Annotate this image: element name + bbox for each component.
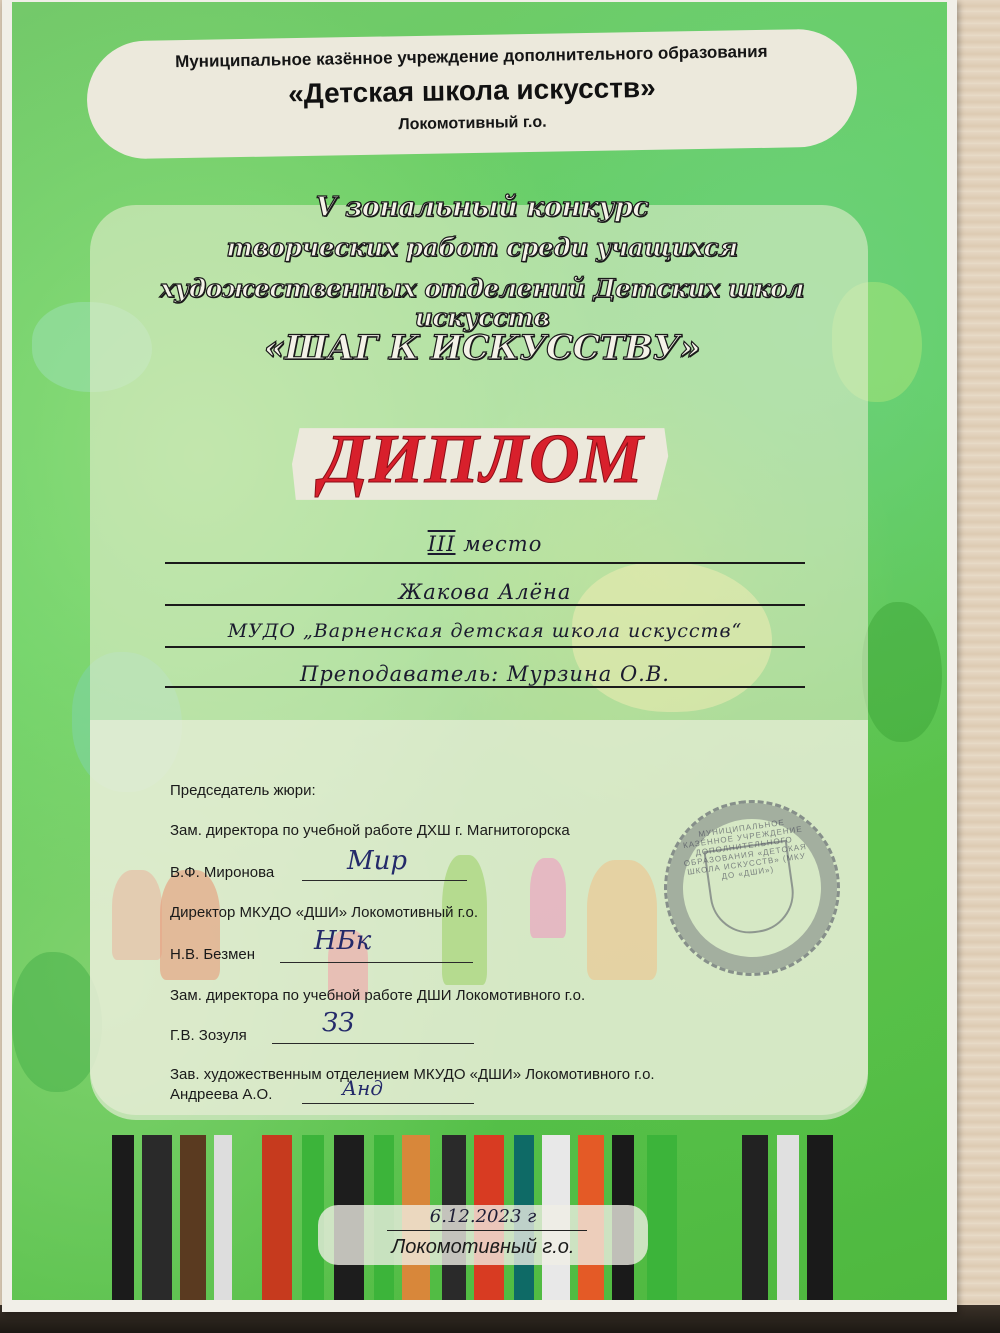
- fill-line: [165, 686, 805, 688]
- place-roman: III: [428, 532, 456, 556]
- brush: [262, 1135, 292, 1300]
- contest-line-3: художественных отделений Детских школ ис…: [92, 274, 872, 332]
- contest-name: «ШАГ К ИСКУССТВУ»: [92, 328, 872, 368]
- paint-blob: [862, 602, 942, 742]
- date-line: [387, 1230, 587, 1231]
- contest-line-1: V зональный конкурс: [92, 192, 872, 223]
- recipient-name: Жакова Алёна: [165, 580, 805, 604]
- signatory-3-name: Г.В. Зозуля: [170, 1027, 247, 1044]
- signature-1: Мир: [347, 846, 407, 876]
- institution-header: Муниципальное казённое учреждение дополн…: [86, 28, 858, 159]
- signatory-4-name: Андреева А.О.: [170, 1086, 272, 1103]
- brush: [647, 1135, 677, 1300]
- brush-head: [587, 860, 657, 980]
- signature-line: [302, 880, 467, 881]
- signatory-1-position: Зам. директора по учебной работе ДХШ г. …: [170, 822, 570, 839]
- brush-head: [530, 858, 566, 938]
- locality: Локомотивный г.о.: [87, 108, 857, 139]
- issue-place: Локомотивный г.о.: [318, 1236, 648, 1259]
- diploma-title: ДИПЛОМ: [282, 420, 682, 500]
- brush: [142, 1135, 172, 1300]
- fill-line: [165, 562, 805, 564]
- signatory-4-position: Зав. художественным отделением МКУДО «ДШ…: [170, 1066, 655, 1083]
- brush: [112, 1135, 134, 1300]
- paint-blob: [12, 952, 102, 1092]
- signatory-3-position: Зам. директора по учебной работе ДШИ Лок…: [170, 987, 585, 1004]
- signature-3: ЗЗ: [322, 1008, 354, 1038]
- teacher-name: Преподаватель: Мурзина О.В.: [165, 662, 805, 686]
- contest-line-2: творческих работ среди учащихся: [92, 233, 872, 262]
- signature-4: Анд: [342, 1076, 383, 1100]
- diploma-sheet: Муниципальное казённое учреждение дополн…: [2, 0, 957, 1312]
- brush: [214, 1135, 232, 1300]
- coat-of-arms-icon: [703, 840, 798, 939]
- table-surface: [955, 0, 1000, 1333]
- brush: [807, 1135, 833, 1300]
- place-word: место: [463, 532, 542, 556]
- brush: [742, 1135, 768, 1300]
- signature-2: НБк: [314, 926, 371, 956]
- brush-head: [112, 870, 162, 960]
- brush: [777, 1135, 799, 1300]
- brush: [180, 1135, 206, 1300]
- institution-type: Муниципальное казённое учреждение дополн…: [86, 40, 856, 73]
- signature-line: [302, 1103, 474, 1104]
- signatory-2-name: Н.В. Безмен: [170, 946, 255, 963]
- recipient-school: МУДО „Варненская детская школа искусств“: [165, 620, 805, 642]
- brush-head: [160, 870, 220, 980]
- signatory-2-position: Директор МКУДО «ДШИ» Локомотивный г.о.: [170, 904, 478, 921]
- signature-line: [272, 1043, 474, 1044]
- signatory-1-name: В.Ф. Миронова: [170, 864, 274, 881]
- fill-line: [165, 646, 805, 648]
- jury-chair-label: Председатель жюри:: [170, 782, 316, 799]
- school-name: «Детская школа искусств»: [87, 68, 857, 113]
- fill-line: [165, 604, 805, 606]
- award-place: III место: [165, 532, 805, 556]
- issue-date: 6.12.2023 г: [318, 1206, 648, 1227]
- signature-line: [280, 962, 473, 963]
